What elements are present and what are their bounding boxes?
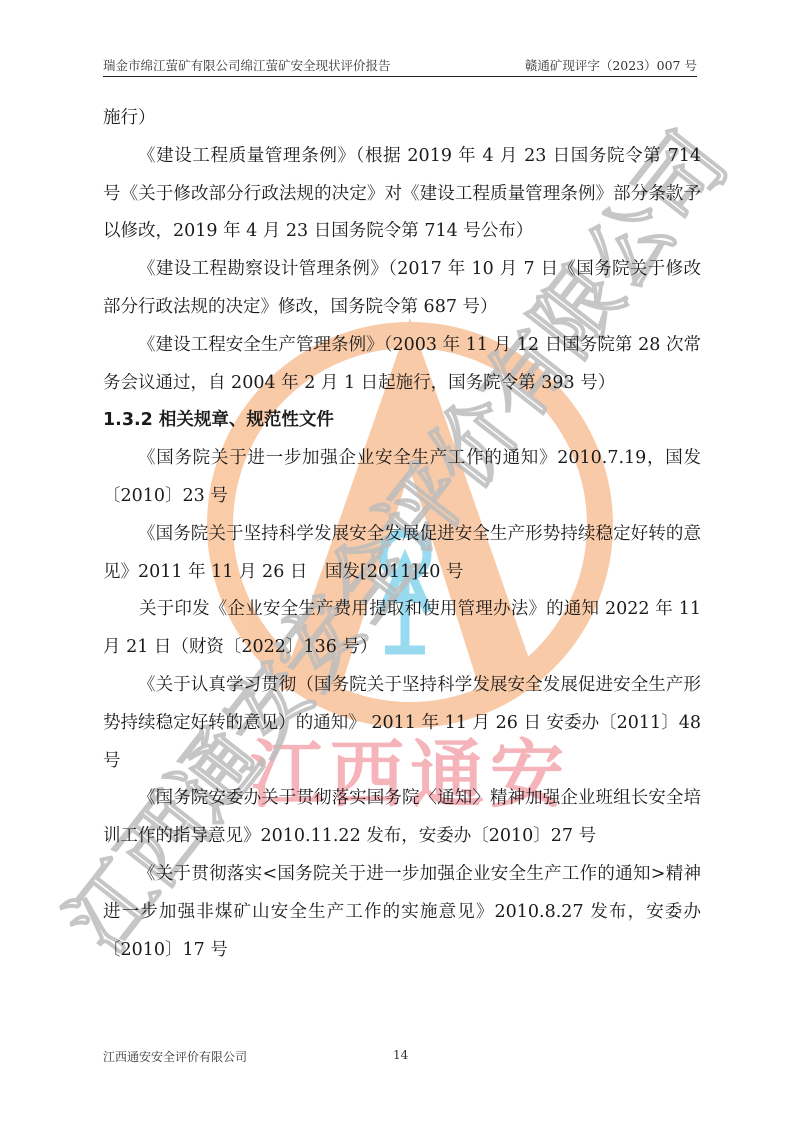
paragraph-construction-quality-regulation: 《建设工程质量管理条例》（根据 2019 年 4 月 23 日国务院令第 714… (103, 138, 701, 251)
section-heading-1-3-2: 1.3.2 相关规章、规范性文件 (103, 402, 701, 440)
header-report-title: 瑞金市绵江萤矿有限公司绵江萤矿安全现状评价报告 (103, 56, 391, 74)
header-document-number: 赣通矿现评字（2023）007 号 (525, 56, 697, 74)
paragraph-survey-design-regulation: 《建设工程勘察设计管理条例》（2017 年 10 月 7 日《国务院关于修改部分… (103, 251, 701, 327)
paragraph-non-coal-mine-implementation: 《关于贯彻落实<国务院关于进一步加强企业安全生产工作的通知>精神进一步加强非煤矿… (103, 856, 701, 969)
paragraph-safety-cost-notice-2022: 关于印发《企业安全生产费用提取和使用管理办法》的通知 2022 年 11 月 2… (103, 591, 701, 667)
paragraph-team-leader-training-opinion: 《国务院安委办关于贯彻落实国务院〈通知〉精神加强企业班组长安全培训工作的指导意见… (103, 780, 701, 856)
footer-company-name: 江西通安安全评价有限公司 (103, 1048, 247, 1065)
paragraph-construction-safety-regulation: 《建设工程安全生产管理条例》（2003 年 11 月 12 日国务院第 28 次… (103, 327, 701, 403)
paragraph-state-council-notice-2010: 《国务院关于进一步加强企业安全生产工作的通知》2010.7.19，国发〔2010… (103, 440, 701, 516)
page-number: 14 (393, 1048, 408, 1062)
paragraph-continuation: 施行） (103, 100, 701, 138)
page-header: 瑞金市绵江萤矿有限公司绵江萤矿安全现状评价报告 赣通矿现评字（2023）007 … (103, 54, 697, 77)
paragraph-study-implement-notice-2011: 《关于认真学习贯彻（国务院关于坚持科学发展安全发展促进安全生产形势持续稳定好转的… (103, 667, 701, 780)
paragraph-state-council-opinion-2011: 《国务院关于坚持科学发展安全发展促进安全生产形势持续稳定好转的意见》2011 年… (103, 516, 701, 592)
document-body: 施行） 《建设工程质量管理条例》（根据 2019 年 4 月 23 日国务院令第… (103, 100, 701, 969)
